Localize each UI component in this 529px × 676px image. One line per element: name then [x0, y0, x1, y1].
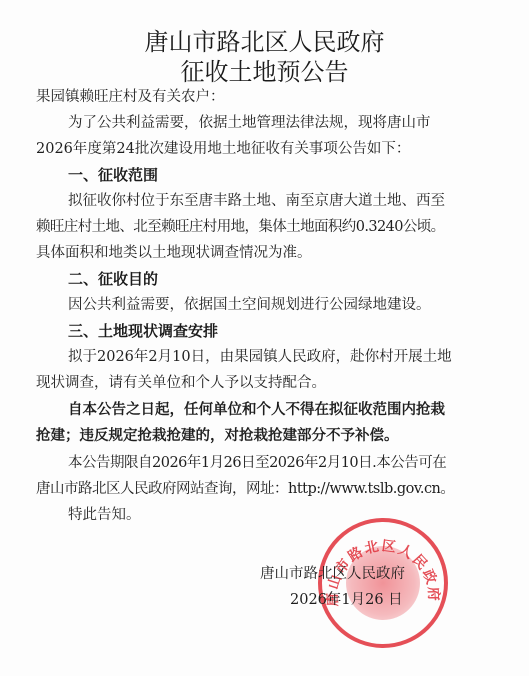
purpose-line-1: 因公共利益需要，依据国土空间规划进行公园绿地建设。 — [68, 294, 431, 316]
period-line-1: 本公告期限自2026年1月26日至2026年2月10日.本公告可在 — [68, 452, 446, 474]
survey-line-1: 拟于2026年2月10日，由果园镇人民政府，赴你村开展土地 — [68, 346, 452, 368]
scope-line-2: 赖旺庄村土地、北至赖旺庄村用地，集体土地面积约0.3240公顷。 — [36, 216, 445, 238]
signature-issuer: 唐山市路北区人民政府 — [260, 563, 405, 585]
closing-text: 特此告知。 — [68, 504, 141, 526]
scope-line-3: 具体面积和地类以土地现状调查情况为准。 — [36, 242, 312, 264]
signature-date: 2026年1月26 日 — [290, 589, 403, 611]
warning-line-1: 自本公告之日起，任何单位和个人不得在拟征收范围内抢栽 — [68, 399, 445, 421]
scope-line-1: 拟征收你村位于东至唐丰路土地、南至京唐大道土地、西至 — [68, 190, 445, 212]
document-title-issuer: 唐山市路北区人民政府 — [0, 27, 529, 57]
addressee: 果园镇赖旺庄村及有关农户： — [36, 86, 225, 108]
intro-line-1: 为了公共利益需要，依据土地管理法律法规，现将唐山市 — [68, 112, 431, 134]
document-title-subject: 征收土地预公告 — [0, 57, 529, 87]
section-heading-scope: 一、征收范围 — [68, 164, 158, 186]
section-heading-purpose: 二、征收目的 — [68, 268, 158, 290]
notice-page: 唐山市路北区人民政府 征收土地预公告 果园镇赖旺庄村及有关农户： 为了公共利益需… — [0, 0, 529, 676]
survey-line-2: 现状调查，请有关单位和个人予以支持配合。 — [36, 372, 326, 394]
section-heading-survey: 三、土地现状调查安排 — [68, 320, 218, 342]
period-line-2: 唐山市路北区人民政府网站查询，网址：http://www.tslb.gov.cn… — [36, 478, 454, 500]
warning-line-2: 抢建；违反规定抢栽抢建的，对抢栽抢建部分不予补偿。 — [36, 425, 399, 447]
intro-line-2: 2026年度第24批次建设用地土地征收有关事项公告如下： — [36, 138, 410, 160]
